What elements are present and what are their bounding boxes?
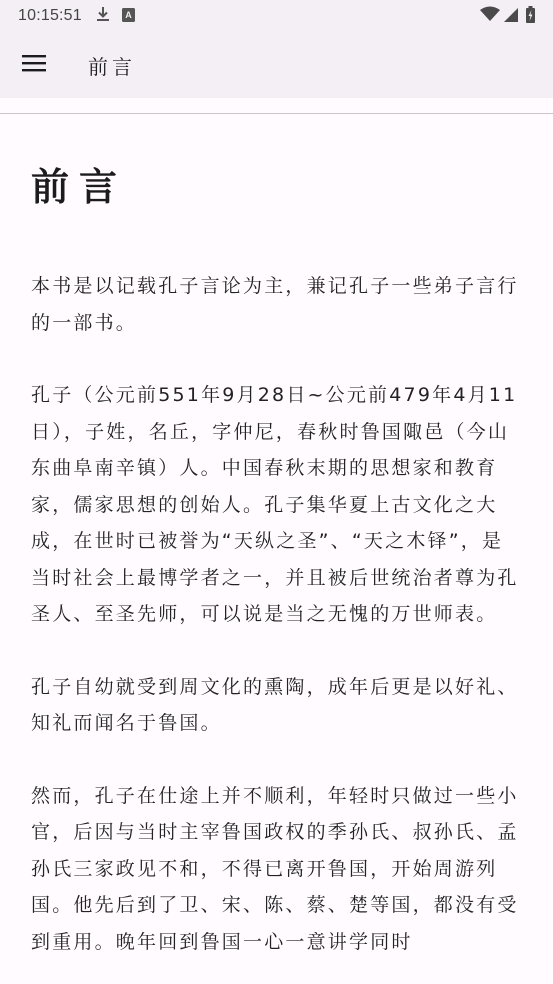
- chapter-title: 前言: [31, 164, 522, 210]
- cellular-signal-icon: [504, 7, 518, 26]
- article-content[interactable]: 前言 本书是以记载孔子言论为主，兼记孔子一些弟子言行的一部书。 孔子（公元前55…: [0, 114, 553, 960]
- menu-button[interactable]: [10, 41, 58, 89]
- download-icon: [96, 6, 110, 26]
- app-bar: 前言: [0, 32, 553, 98]
- article-paragraph: 本书是以记载孔子言论为主，兼记孔子一些弟子言行的一部书。: [31, 268, 522, 341]
- status-system-icons: [480, 6, 535, 27]
- battery-charging-icon: [526, 6, 535, 27]
- svg-text:A: A: [125, 10, 132, 20]
- article-paragraph: 孔子自幼就受到周文化的熏陶，成年后更是以好礼、知礼而闻名于鲁国。: [31, 669, 522, 742]
- wifi-icon: [480, 6, 500, 26]
- status-bar: 10:15:51 A: [0, 0, 553, 32]
- status-time: 10:15:51: [18, 7, 82, 25]
- keyboard-a-icon: A: [122, 7, 135, 26]
- article-paragraph: 孔子（公元前551年9月28日~公元前479年4月11日），子姓，名丘，字仲尼，…: [31, 377, 522, 633]
- status-notification-icons: A: [96, 6, 135, 26]
- app-bar-title: 前言: [88, 51, 136, 80]
- hamburger-menu-icon: [22, 54, 46, 76]
- header-spacer: [0, 98, 553, 113]
- article-paragraph: 然而，孔子在仕途上并不顺利，年轻时只做过一些小官，后因与当时主宰鲁国政权的季孙氏…: [31, 778, 522, 961]
